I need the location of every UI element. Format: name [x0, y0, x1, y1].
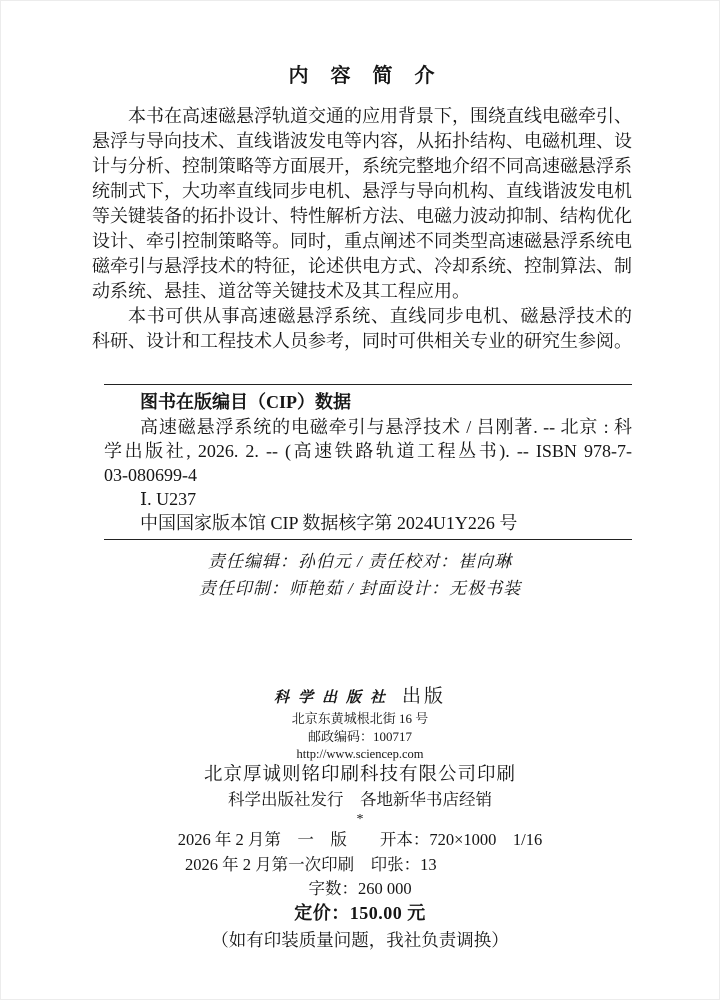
- quality-note: （如有印装质量问题，我社负责调换）: [0, 926, 720, 955]
- content-summary-section: 内 容 简 介 本书在高速磁悬浮轨道交通的应用背景下，围绕直线电磁牵引、 悬浮与…: [0, 0, 720, 354]
- separator-star: *: [0, 811, 720, 828]
- cip-heading: 图书在版编目（CIP）数据: [104, 390, 632, 415]
- edition-line: 2026 年 2 月第 一 版 开本：720×1000 1/16: [0, 828, 720, 852]
- staff-production-line: 责任印制：师艳茹 / 封面设计：无极书装: [0, 575, 720, 602]
- publisher-postcode: 邮政编码：100717: [0, 728, 720, 746]
- intro-paragraph-line: 科研、设计和工程技术人员参考，同时可供相关专业的研究生参阅。: [92, 329, 632, 354]
- cip-class-code: Ⅰ. U237: [104, 487, 632, 511]
- publisher-logo-line: 科学出版社 出版: [0, 685, 720, 710]
- impression-line: 2026 年 2 月第一次印刷 印张：13: [0, 852, 720, 877]
- intro-paragraph-line: 磁牵引与悬浮技术的特征，论述供电方式、冷却系统、控制算法、制: [92, 254, 632, 279]
- intro-paragraph-line: 设计、牵引控制策略等。同时，重点阐述不同类型高速磁悬浮系统电: [92, 229, 632, 254]
- content-summary-body: 本书在高速磁悬浮轨道交通的应用背景下，围绕直线电磁牵引、 悬浮与导向技术、直线谐…: [92, 104, 632, 354]
- cip-section: 图书在版编目（CIP）数据 高速磁悬浮系统的电磁牵引与悬浮技术 / 吕刚著. -…: [104, 384, 632, 540]
- word-count-line: 字数：260 000: [0, 877, 720, 900]
- publisher-address: 北京东黄城根北街 16 号: [0, 710, 720, 728]
- colophon-section: 科学出版社 出版 北京东黄城根北街 16 号 邮政编码：100717 http:…: [0, 685, 720, 955]
- intro-paragraph-line: 本书可供从事高速磁悬浮系统、直线同步电机、磁悬浮技术的: [92, 304, 632, 329]
- cip-biblio-line: 学出版社, 2026. 2. -- (高速铁路轨道工程丛书). -- ISBN …: [104, 439, 632, 463]
- publisher-script-logo: 科学出版社: [274, 690, 394, 706]
- cip-biblio-line: 高速磁悬浮系统的电磁牵引与悬浮技术 / 吕刚著. -- 北京 : 科: [104, 415, 632, 439]
- intro-paragraph-line: 统制式下，大功率直线同步电机、悬浮与导向机构、直线谐波发电机: [92, 179, 632, 204]
- printer-line: 北京厚诚则铭印刷科技有限公司印刷: [0, 763, 720, 788]
- intro-paragraph-line: 等关键装备的拓扑设计、特性解析方法、电磁力波动抑制、结构优化: [92, 204, 632, 229]
- content-summary-title: 内 容 简 介: [92, 62, 632, 90]
- distribution-line: 科学出版社发行 各地新华书店经销: [0, 788, 720, 811]
- price-line: 定价：150.00 元: [0, 900, 720, 926]
- publish-label: 出版: [402, 686, 446, 707]
- intro-paragraph-line: 计与分析、控制策略等方面展开，系统完整地介绍不同高速磁悬浮系: [92, 154, 632, 179]
- cip-biblio-line: 03-080699-4: [104, 463, 632, 487]
- intro-paragraph-line: 本书在高速磁悬浮轨道交通的应用背景下，围绕直线电磁牵引、: [92, 104, 632, 129]
- staff-section: 责任编辑：孙伯元 / 责任校对：崔向琳 责任印制：师艳茹 / 封面设计：无极书装: [0, 548, 720, 602]
- cip-record-number: 中国国家版本馆 CIP 数据核字第 2024U1Y226 号: [104, 511, 632, 535]
- staff-editors-line: 责任编辑：孙伯元 / 责任校对：崔向琳: [0, 548, 720, 575]
- copyright-page: 内 容 简 介 本书在高速磁悬浮轨道交通的应用背景下，围绕直线电磁牵引、 悬浮与…: [0, 0, 720, 1000]
- publisher-website: http://www.sciencep.com: [0, 746, 720, 763]
- intro-paragraph-line: 悬浮与导向技术、直线谐波发电等内容，从拓扑结构、电磁机理、设: [92, 129, 632, 154]
- intro-paragraph-line: 动系统、悬挂、道岔等关键技术及其工程应用。: [92, 279, 632, 304]
